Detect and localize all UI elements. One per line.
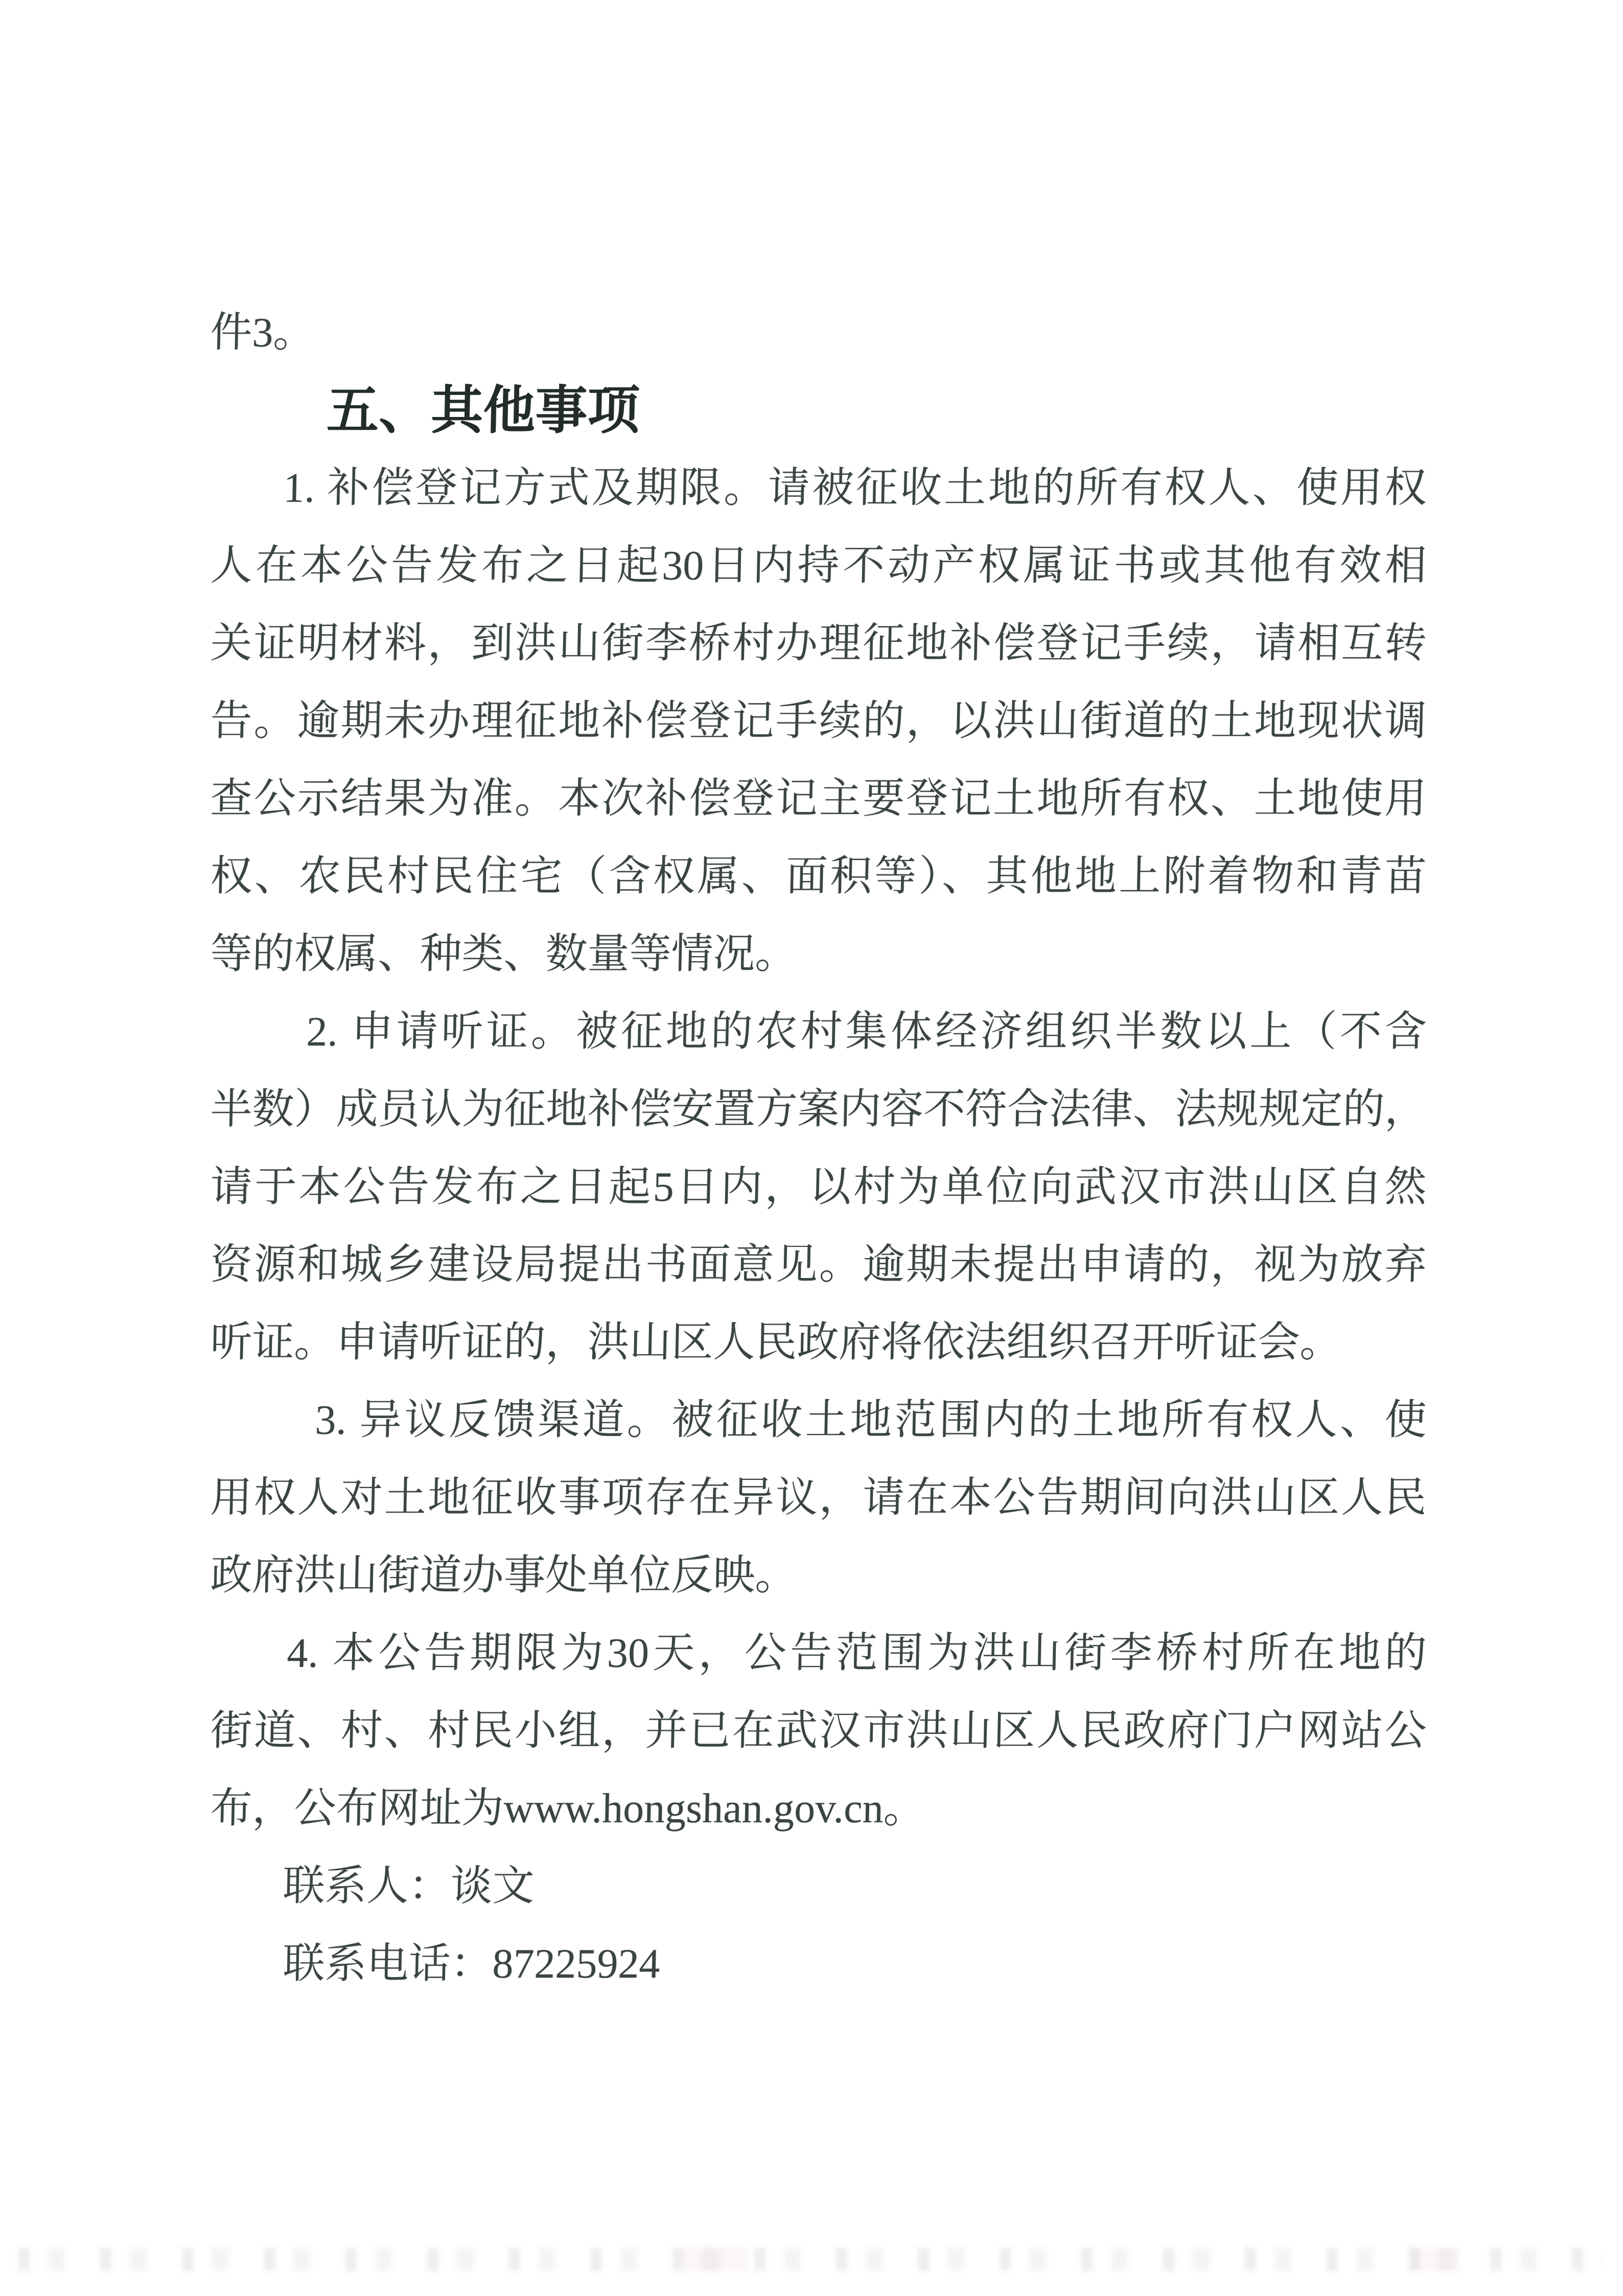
body-text-line: 用权人对土地征收事项存在异议，请在本公告期间向洪山区人民 [210, 1459, 1427, 1537]
section-heading: 五、其他事项 [210, 372, 1427, 449]
section-body: 1. 补偿登记方式及期限。请被征收土地的所有权人、使用权人在本公告发布之日起30… [210, 449, 1426, 1847]
body-text-line: 权、农民村民住宅（含权属、面积等）、其他地上附着物和青苗 [210, 838, 1427, 915]
body-text-line: 请于本公告发布之日起5日内，以村为单位向武汉市洪山区自然 [210, 1148, 1427, 1226]
body-text-line: 关证明材料，到洪山街李桥村办理征地补偿登记手续，请相互转 [210, 605, 1427, 682]
body-text-line: 查公示结果为准。本次补偿登记主要登记土地所有权、土地使用 [210, 760, 1427, 838]
body-text-line: 告。逾期未办理征地补偿登记手续的，以洪山街道的土地现状调 [210, 682, 1427, 760]
body-text-line: 人在本公告发布之日起30日内持不动产权属证书或其他有效相 [210, 527, 1427, 605]
body-text-line: 2. 申请听证。被征地的农村集体经济组织半数以上（不含 [210, 993, 1427, 1071]
contact-phone-line: 联系电话：87225924 [210, 1925, 1427, 2003]
body-text-line: 1. 补偿登记方式及期限。请被征收土地的所有权人、使用权 [210, 449, 1427, 527]
body-text-line: 资源和城乡建设局提出书面意见。逾期未提出申请的，视为放弃 [210, 1226, 1427, 1304]
paragraph: 1. 补偿登记方式及期限。请被征收土地的所有权人、使用权人在本公告发布之日起30… [210, 449, 1426, 993]
scan-bleedthrough-artifact [18, 2247, 1603, 2271]
body-text-line: 4. 本公告期限为30天，公告范围为洪山街李桥村所在地的 [210, 1614, 1427, 1692]
paragraph: 3. 异议反馈渠道。被征收土地范围内的土地所有权人、使用权人对土地征收事项存在异… [210, 1381, 1426, 1614]
paragraph: 2. 申请听证。被征地的农村集体经济组织半数以上（不含半数）成员认为征地补偿安置… [210, 993, 1426, 1381]
body-text-line: 3. 异议反馈渠道。被征收土地范围内的土地所有权人、使 [210, 1381, 1427, 1459]
body-text-line: 听证。申请听证的，洪山区人民政府将依法组织召开听证会。 [210, 1304, 1427, 1381]
body-text-line: 等的权属、种类、数量等情况。 [210, 915, 1427, 993]
scanned-notice-page: 件3。 五、其他事项 1. 补偿登记方式及期限。请被征收土地的所有权人、使用权人… [0, 0, 1623, 2296]
attachment-fragment-line: 件3。 [210, 294, 1427, 372]
paragraph: 4. 本公告期限为30天，公告范围为洪山街李桥村所在地的街道、村、村民小组，并已… [210, 1614, 1426, 1847]
contact-person-line: 联系人：谈文 [210, 1847, 1427, 1925]
body-text-line: 街道、村、村民小组，并已在武汉市洪山区人民政府门户网站公 [210, 1692, 1427, 1770]
body-text-line: 半数）成员认为征地补偿安置方案内容不符合法律、法规规定的， [210, 1071, 1427, 1148]
body-text-line: 政府洪山街道办事处单位反映。 [210, 1537, 1427, 1614]
body-text-line: 布，公布网址为www.hongshan.gov.cn。 [210, 1770, 1427, 1847]
